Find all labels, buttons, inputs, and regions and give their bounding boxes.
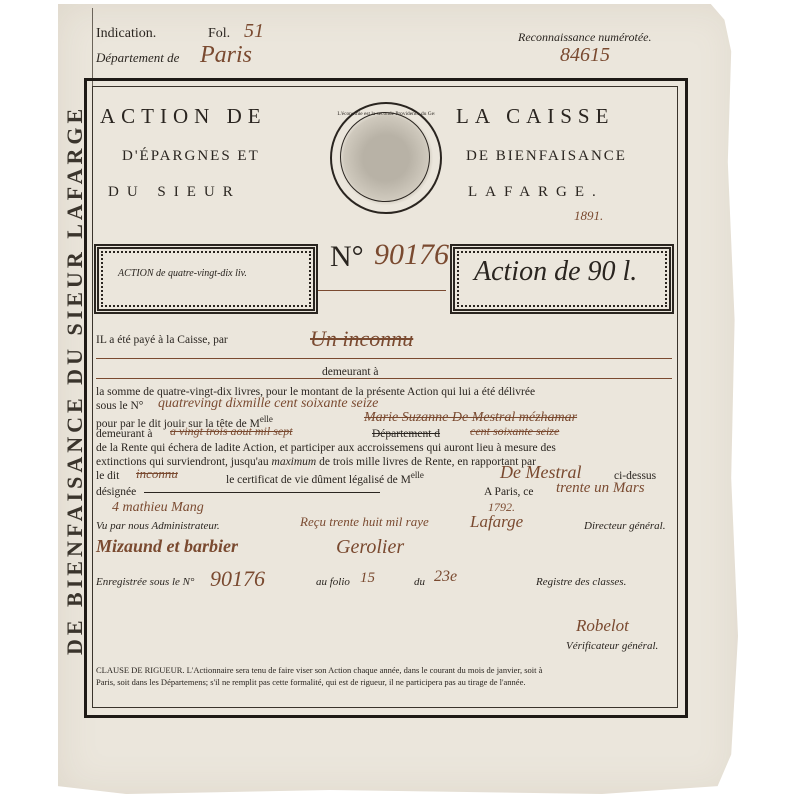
reconnaissance-value: 84615 <box>560 44 610 67</box>
seal-motto: L'économie est la seconde Providence du … <box>337 110 434 209</box>
du-label: du <box>414 576 425 588</box>
title-row3-left: DU SIEUR <box>108 184 241 201</box>
title-row1-left: ACTION DE <box>100 104 267 129</box>
departement-value: Paris <box>200 42 252 69</box>
body-line6: demeurant à <box>96 428 153 440</box>
body-line4: sous le N° <box>96 400 143 412</box>
register-label: Registre des classes. <box>536 576 626 588</box>
residence-hw: a vingt trois aout mil sept <box>170 424 293 439</box>
admin-label: Vu par nous Administrateur. <box>96 520 220 532</box>
departement-hw: cent soixante seize <box>470 424 559 439</box>
du-value: 23e <box>434 568 457 586</box>
folio-value: 15 <box>360 570 375 587</box>
registration-number: 90176 <box>210 566 265 592</box>
left-box-text: ACTION de quatre-vingt-dix liv. <box>118 268 247 279</box>
signature-2: Gerolier <box>336 536 404 559</box>
title-row2-left: D'ÉPARGNES ET <box>122 148 260 165</box>
clause-de-rigueur: CLAUSE DE RIGUEUR. L'Actionnaire sera te… <box>96 664 666 688</box>
folio-label: au folio <box>316 576 350 588</box>
registration-label: Enregistrée sous le N° <box>96 576 194 588</box>
number-label: N° <box>330 240 364 274</box>
title-row2-right: DE BIENFAISANCE <box>466 148 627 165</box>
title-row3-right: LAFARGE. <box>468 184 604 201</box>
body-line2: demeurant à <box>322 366 379 378</box>
line9-middle: le certificat de vie dûment légalisé de … <box>226 470 424 486</box>
reconnaissance-label: Reconnaissance numérotée. <box>518 30 652 45</box>
departement-label: Département de <box>96 50 179 66</box>
title-annotation: 1891. <box>574 208 603 224</box>
hw-line-a: 4 mathieu Mang <box>112 500 204 516</box>
lafarge-signature: Lafarge <box>470 512 523 532</box>
payer-name: Un inconnu <box>310 326 413 352</box>
body-line7: de la Rente qui échera de ladite Action,… <box>96 442 556 454</box>
verificateur-signature: Robelot <box>576 616 629 636</box>
directeur-label: Directeur général. <box>584 520 665 532</box>
number-in-words: quatrevingt dixmille cent soixante seize <box>158 396 378 412</box>
stub-vertical-text: DE BIENFAISANCE DU SIEUR LAFARGE <box>62 40 86 720</box>
indication-label: Indication. <box>96 26 156 42</box>
title-row1-right: LA CAISSE <box>456 104 614 129</box>
hw-line-b: Reçu trente huit mil raye <box>300 514 429 530</box>
body-line10: désignée <box>96 486 136 498</box>
verificateur-label: Vérificateur général. <box>566 640 658 652</box>
departement-field: Département d <box>372 428 440 440</box>
ornamental-box-left <box>94 244 318 314</box>
fol-label: Fol. <box>208 26 230 42</box>
body-line1: IL a été payé à la Caisse, par <box>96 334 228 346</box>
body-line9: le dit <box>96 470 119 482</box>
fol-value: 51 <box>244 20 264 43</box>
seal-emblem: L'économie est la seconde Providence du … <box>330 102 442 214</box>
number-value: 90176 <box>374 238 449 272</box>
date-hw: trente un Mars <box>556 480 645 497</box>
rule-1 <box>96 358 672 359</box>
number-underline <box>318 290 446 291</box>
line9-hw: inconnu <box>136 466 178 482</box>
right-box-text: Action de 90 l. <box>474 256 637 288</box>
paris-date-label: A Paris, ce <box>484 486 534 498</box>
designee-rule <box>144 492 380 493</box>
hw-line-c: Mizaund et barbier <box>96 536 238 557</box>
rule-2 <box>96 378 672 379</box>
